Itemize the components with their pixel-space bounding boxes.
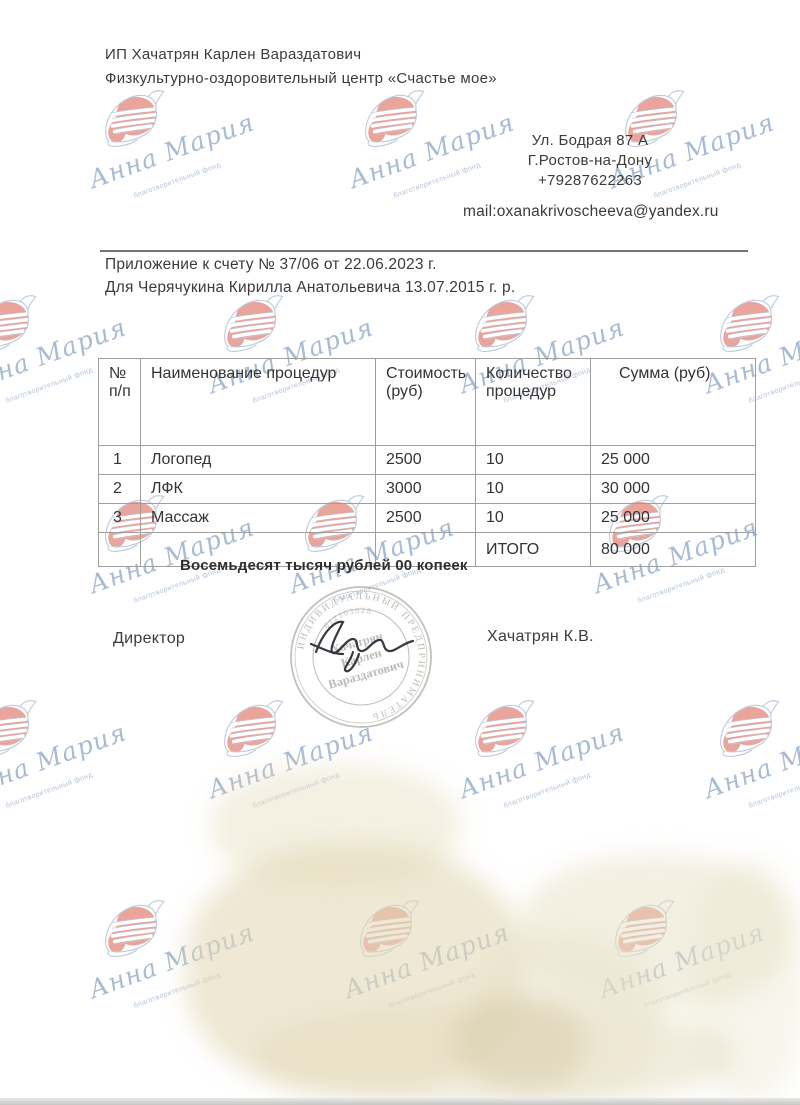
invoice-reference-line: Приложение к счету № 37/06 от 22.06.2023… bbox=[105, 256, 437, 274]
table-header-row: № п/п Наименование процедур Стоимость (р… bbox=[99, 359, 756, 446]
col-header-sum: Сумма (руб) bbox=[591, 359, 756, 446]
table-row: 3Массаж25001025 000 bbox=[99, 504, 756, 533]
table-cell: 10 bbox=[476, 475, 591, 504]
col-header-price: Стоимость (руб) bbox=[376, 359, 476, 446]
company-name: ИП Хачатрян Карлен Вараздатович bbox=[105, 46, 361, 63]
table-cell: 10 bbox=[476, 504, 591, 533]
col-header-procedure: Наименование процедур bbox=[141, 359, 376, 446]
phone-number: +79287622263 bbox=[455, 171, 725, 191]
address-street: Ул. Бодрая 87 А bbox=[455, 131, 725, 151]
table-cell: Массаж bbox=[141, 504, 376, 533]
total-value-cell: 80 000 bbox=[591, 533, 756, 567]
col-header-quantity: Количество процедур bbox=[476, 359, 591, 446]
table-cell: 25 000 bbox=[591, 446, 756, 475]
procedures-table: № п/п Наименование процедур Стоимость (р… bbox=[98, 358, 756, 567]
table-cell: 2 bbox=[99, 475, 141, 504]
table-cell: 25 000 bbox=[591, 504, 756, 533]
table-cell: 3 bbox=[99, 504, 141, 533]
scan-bottom-edge bbox=[0, 1098, 800, 1105]
table-cell: 30 000 bbox=[591, 475, 756, 504]
col-header-number: № п/п bbox=[99, 359, 141, 446]
table-row: 2ЛФК30001030 000 bbox=[99, 475, 756, 504]
table-cell: Логопед bbox=[141, 446, 376, 475]
handwritten-signature bbox=[298, 606, 433, 681]
document-page: Анна Мария благотворительный фонд bbox=[0, 0, 800, 1105]
table-cell: 1 bbox=[99, 446, 141, 475]
email-line: mail:oxanakrivoscheeva@yandex.ru bbox=[463, 203, 719, 221]
invoice-patient-line: Для Черячукина Кирилла Анатольевича 13.0… bbox=[105, 279, 515, 297]
table-cell: 10 bbox=[476, 446, 591, 475]
contact-block: Ул. Бодрая 87 А Г.Ростов-на-Дону +792876… bbox=[455, 131, 725, 191]
total-label-cell: ИТОГО bbox=[476, 533, 591, 567]
table-cell: 2500 bbox=[376, 446, 476, 475]
address-city: Г.Ростов-на-Дону bbox=[455, 151, 725, 171]
director-label: Директор bbox=[113, 630, 185, 648]
table-row: 1Логопед25001025 000 bbox=[99, 446, 756, 475]
table-cell: 3000 bbox=[376, 475, 476, 504]
document-content: ИП Хачатрян Карлен Вараздатович Физкульт… bbox=[0, 0, 800, 1105]
director-name: Хачатрян К.В. bbox=[487, 628, 594, 646]
table-cell: ЛФК bbox=[141, 475, 376, 504]
table-cell: 2500 bbox=[376, 504, 476, 533]
amount-in-words: Восемьдесят тысяч рублей 00 копеек bbox=[180, 557, 468, 574]
company-subtitle: Физкультурно-оздоровительный центр «Счас… bbox=[105, 70, 497, 87]
table-cell bbox=[99, 533, 141, 567]
horizontal-rule bbox=[100, 250, 748, 252]
